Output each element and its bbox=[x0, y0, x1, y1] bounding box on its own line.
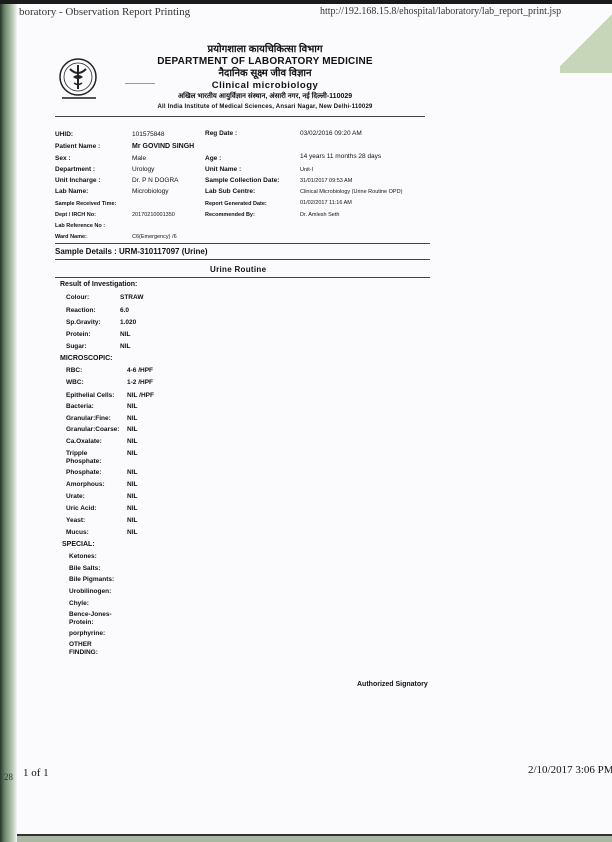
aiims-logo-icon bbox=[58, 57, 98, 97]
unit-name-label: Unit Name : bbox=[205, 166, 241, 174]
hindi-subdepartment: नैदानिक सूक्ष्म जीव विज्ञान bbox=[100, 68, 430, 80]
side-number: 28 bbox=[4, 772, 13, 782]
results-heading: Result of Investigation: bbox=[60, 281, 137, 288]
result-value: NIL bbox=[127, 493, 137, 500]
lab-ref-label: Lab Reference No : bbox=[55, 222, 105, 230]
scanner-top-edge bbox=[0, 0, 612, 4]
uhid-value: 101575848 bbox=[132, 131, 165, 139]
institution-header: प्रयोगशाला कायचिकित्सा विभाग DEPARTMENT … bbox=[100, 44, 430, 112]
result-value: NIL bbox=[127, 505, 137, 512]
reg-date-value: 03/02/2016 09:20 AM bbox=[300, 130, 362, 138]
special-label: Protein: bbox=[69, 619, 94, 626]
test-title: Urine Routine bbox=[210, 265, 266, 274]
result-label: Granular:Fine: bbox=[66, 415, 111, 422]
special-label: FINDING: bbox=[69, 649, 98, 656]
received-time-label: Sample Received Time: bbox=[55, 200, 116, 208]
divider bbox=[55, 116, 425, 117]
patient-name-value: Mr GOVIND SINGH bbox=[132, 143, 194, 151]
special-label: Urobilinogen: bbox=[69, 588, 111, 595]
result-value: NIL bbox=[127, 469, 137, 476]
result-label: Uric Acid: bbox=[66, 505, 96, 512]
special-label: porphyrine: bbox=[69, 630, 105, 637]
collection-date-label: Sample Collection Date: bbox=[205, 177, 279, 185]
institution-address: All India Institute of Medical Sciences,… bbox=[100, 102, 430, 112]
lab-name-label: Lab Name: bbox=[55, 188, 88, 196]
result-label: Mucus: bbox=[66, 529, 89, 536]
print-timestamp: 2/10/2017 3:06 PM bbox=[528, 764, 612, 776]
result-value: NIL bbox=[127, 426, 137, 433]
result-label: Amorphous: bbox=[66, 481, 105, 488]
page-number: 1 of 1 bbox=[23, 767, 49, 779]
result-label: Phosphate: bbox=[66, 458, 101, 465]
divider bbox=[55, 259, 430, 260]
result-value: 4-6 /HPF bbox=[127, 367, 153, 374]
logo-caption bbox=[62, 97, 96, 99]
result-value: NIL bbox=[127, 403, 137, 410]
result-label: Epithelial Cells: bbox=[66, 392, 114, 399]
result-label: Urate: bbox=[66, 493, 85, 500]
result-label: Ca.Oxalate: bbox=[66, 438, 102, 445]
special-label: Bile Salts: bbox=[69, 565, 100, 572]
scanner-bottom-bar bbox=[17, 836, 612, 842]
department-label: Department : bbox=[55, 166, 95, 174]
result-label: Reaction: bbox=[66, 307, 96, 314]
collection-date-value: 31/01/2017 09:53 AM bbox=[300, 177, 352, 185]
result-value: NIL bbox=[127, 450, 137, 457]
dept-irch-label: Dept / IRCH No: bbox=[55, 211, 96, 219]
unit-incharge-value: Dr. P N DOGRA bbox=[132, 177, 178, 185]
lab-name-value: Microbiology bbox=[132, 188, 169, 196]
microscopic-heading: MICROSCOPIC: bbox=[60, 355, 113, 362]
special-label: Chyle: bbox=[69, 600, 89, 607]
sample-details: Sample Details : URM-310117097 (Urine) bbox=[55, 247, 208, 256]
result-value: NIL bbox=[120, 343, 130, 350]
result-label: Protein: bbox=[66, 331, 91, 338]
report-date-value: 01/02/2017 11:16 AM bbox=[300, 199, 352, 207]
recommended-label: Recommended By: bbox=[205, 211, 255, 219]
result-value: NIL bbox=[127, 481, 137, 488]
lab-sub-centre-value: Clinical Microbiology (Urine Routine OPD… bbox=[300, 188, 402, 196]
divider bbox=[55, 277, 430, 278]
special-label: Bence-Jones- bbox=[69, 611, 112, 618]
page-corner-fold bbox=[560, 8, 612, 73]
result-label: Phosphate: bbox=[66, 469, 101, 476]
unit-incharge-label: Unit Incharge : bbox=[55, 177, 101, 185]
department-value: Urology bbox=[132, 166, 154, 174]
divider bbox=[55, 243, 430, 244]
special-label: Bile Pigmants: bbox=[69, 576, 114, 583]
print-header-title: boratory - Observation Report Printing bbox=[19, 6, 190, 18]
subdepartment-title: Clinical microbiology bbox=[100, 80, 430, 92]
unit-name-value: Unit-I bbox=[300, 166, 313, 174]
sex-value: Male bbox=[132, 155, 146, 163]
result-label: Sp.Gravity: bbox=[66, 319, 101, 326]
result-value: NIL bbox=[127, 415, 137, 422]
result-value: NIL bbox=[127, 517, 137, 524]
special-label: Ketones: bbox=[69, 553, 97, 560]
result-value: 1-2 /HPF bbox=[127, 379, 153, 386]
result-label: WBC: bbox=[66, 379, 84, 386]
department-title: DEPARTMENT OF LABORATORY MEDICINE bbox=[100, 56, 430, 68]
ward-value: C6(Emergency) /6 bbox=[132, 233, 177, 241]
result-label: RBC: bbox=[66, 367, 82, 374]
patient-name-label: Patient Name : bbox=[55, 143, 100, 151]
print-header-url: http://192.168.15.8/ehospital/laboratory… bbox=[320, 6, 561, 17]
reg-date-label: Reg Date : bbox=[205, 130, 237, 138]
result-label: Yeast: bbox=[66, 517, 85, 524]
result-value: 6.0 bbox=[120, 307, 129, 314]
result-value: STRAW bbox=[120, 294, 143, 301]
age-value: 14 years 11 months 28 days bbox=[300, 153, 381, 161]
result-label: Tripple bbox=[66, 450, 87, 457]
result-value: NIL bbox=[120, 331, 130, 338]
result-label: Colour: bbox=[66, 294, 89, 301]
result-value: 1.020 bbox=[120, 319, 136, 326]
result-label: Bacteria: bbox=[66, 403, 94, 410]
ward-label: Ward Name: bbox=[55, 233, 87, 241]
result-value: NIL /HPF bbox=[127, 392, 154, 399]
special-label: OTHER bbox=[69, 641, 92, 648]
age-label: Age : bbox=[205, 155, 221, 163]
result-value: NIL bbox=[127, 438, 137, 445]
scanner-edge bbox=[0, 0, 17, 842]
hindi-department: प्रयोगशाला कायचिकित्सा विभाग bbox=[100, 44, 430, 56]
sex-label: Sex : bbox=[55, 155, 71, 163]
lab-sub-centre-label: Lab Sub Centre: bbox=[205, 188, 255, 196]
hindi-address: अखिल भारतीय आयुर्विज्ञान संस्थान, अंसारी… bbox=[100, 92, 430, 102]
authorized-signatory: Authorized Signatory bbox=[357, 681, 428, 688]
result-value: NIL bbox=[127, 529, 137, 536]
result-label: Sugar: bbox=[66, 343, 87, 350]
dept-irch-value: 20170210001350 bbox=[132, 211, 175, 219]
result-label: Granular:Coarse: bbox=[66, 426, 119, 433]
report-date-label: Report Generated Date: bbox=[205, 200, 267, 208]
uhid-label: UHID: bbox=[55, 131, 73, 139]
special-heading: SPECIAL: bbox=[62, 541, 95, 548]
recommended-value: Dr. Amlesh Seth bbox=[300, 211, 339, 219]
